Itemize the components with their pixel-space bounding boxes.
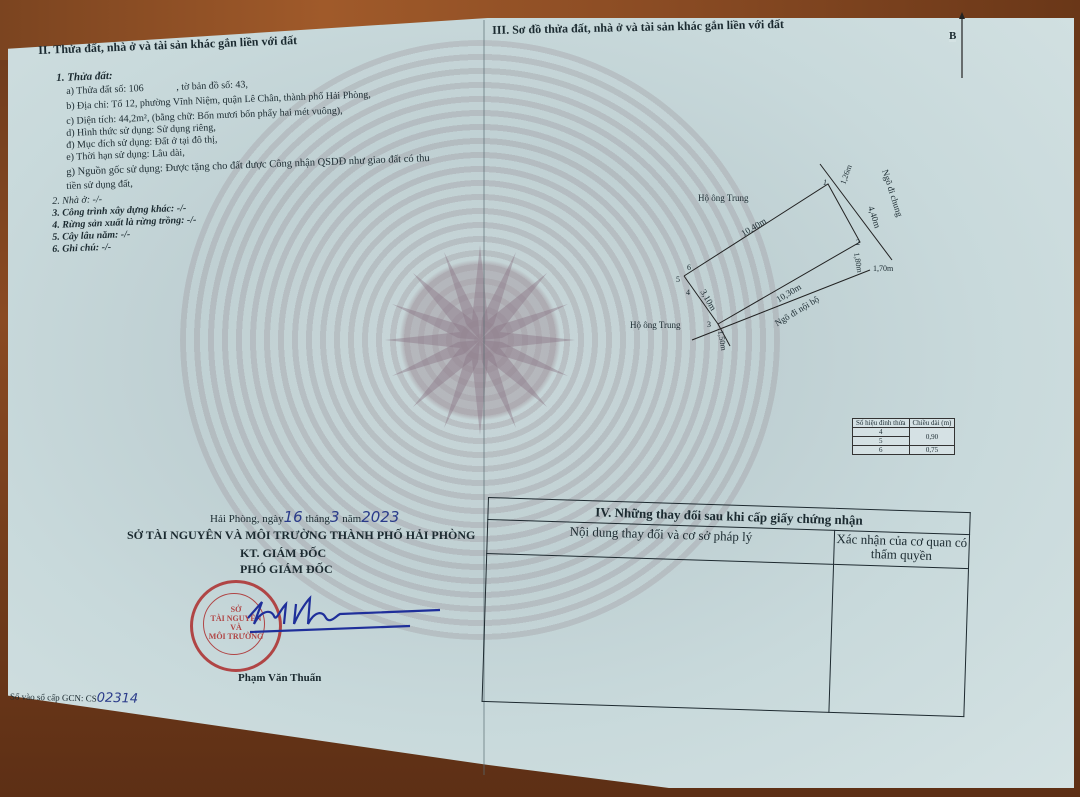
- point-5: 5: [676, 275, 680, 284]
- item-notes: 6. Ghi chú: -/-: [52, 241, 111, 256]
- point-6: 6: [687, 263, 691, 272]
- point-3: 3: [707, 320, 711, 329]
- point-1: 1: [823, 178, 827, 187]
- map-sheet-number: , tờ bản đồ số: 43,: [176, 78, 248, 94]
- point-4: 4: [686, 288, 690, 297]
- on-behalf-title: KT. GIÁM ĐỐC: [240, 546, 326, 561]
- signer-name: Phạm Văn Thuấn: [238, 672, 321, 684]
- changes-content-cell: [482, 553, 834, 712]
- date-year: 2023: [361, 508, 399, 526]
- neighbor-bottom: Hộ ông Trung: [630, 320, 681, 330]
- vertex-distance-table: Số hiệu đỉnh thửaChiều dài (m) 40,90 5 6…: [852, 418, 955, 455]
- issuing-agency: SỞ TÀI NGUYÊN VÀ MÔI TRƯỜNG THÀNH PHỐ HẢ…: [127, 528, 475, 543]
- north-arrow: B: [955, 12, 969, 87]
- registry-number: Số vào sổ cấp GCN: CS02314: [10, 688, 138, 706]
- handwritten-signature: [240, 590, 450, 640]
- changes-section: IV. Những thay đổi sau khi cấp giấy chứn…: [482, 497, 971, 717]
- changes-col-confirmation: Xác nhận của cơ quan có thẩm quyền: [834, 530, 970, 568]
- use-origin-line2: tiền sử dụng đất,: [66, 177, 133, 193]
- changes-confirmation-cell: [829, 564, 969, 716]
- road-bottom-width-right: 1,70m: [873, 264, 893, 273]
- neighbor-top: Hộ ông Trung: [698, 193, 749, 203]
- sun-star-watermark-icon: [380, 240, 580, 440]
- point-2: 2: [856, 238, 860, 247]
- place-date: Hải Phòng, ngày16 tháng3 năm2023: [210, 508, 399, 526]
- signer-title: PHÓ GIÁM ĐỐC: [240, 562, 333, 577]
- north-label: B: [949, 30, 956, 42]
- date-month: 3: [330, 508, 340, 526]
- date-day: 16: [284, 508, 303, 526]
